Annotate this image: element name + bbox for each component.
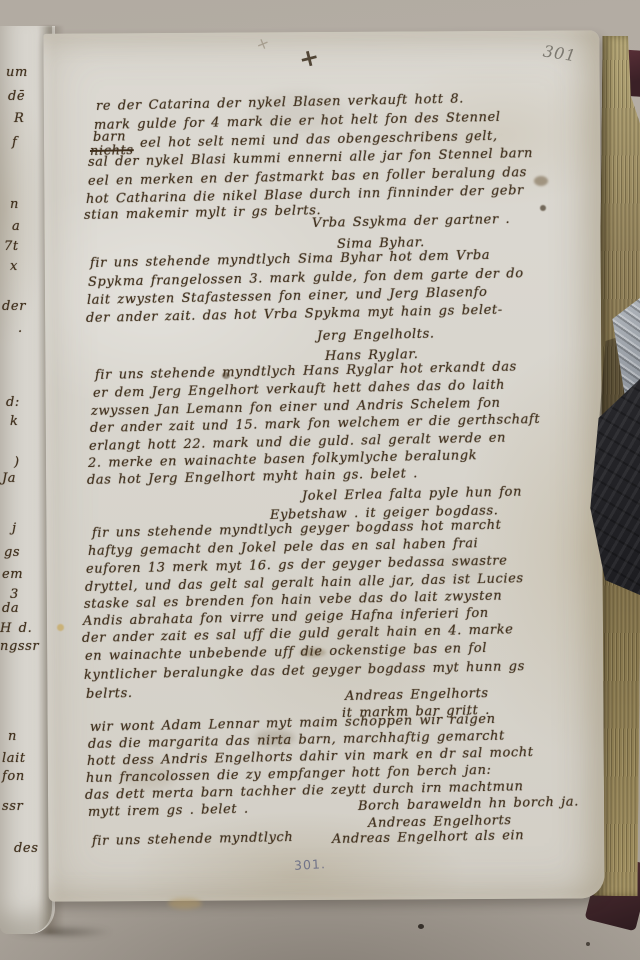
photo-scene: umdēRfna7txder.d:k)Jajgsem3daH d.ngssrnl… [0,0,640,960]
table-speck [586,942,590,946]
book-clasp [548,298,640,598]
table-speck [418,924,424,929]
manuscript-page [43,30,604,901]
